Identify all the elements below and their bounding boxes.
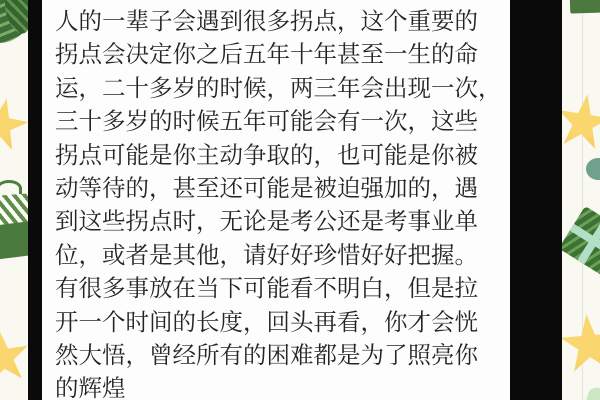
text-line: 位，或者是其他，请好好珍惜好好把握。 xyxy=(55,239,505,272)
gift-icon xyxy=(562,206,600,276)
screenshot-root: 人的一辈子会遇到很多拐点，这个重要的 拐点会决定你之后五年十年甚至一生的命 运，… xyxy=(0,0,600,400)
gift-box-band xyxy=(0,221,28,262)
text-line: 人的一辈子会遇到很多拐点，这个重要的 xyxy=(55,5,505,38)
text-line: 然大悟，曾经所有的困难都是为了照亮你 xyxy=(55,339,505,372)
green-bar-decoration xyxy=(570,0,600,14)
gift-icon xyxy=(0,180,28,266)
text-line: 拐点可能是你主动争取的，也可能是你被 xyxy=(55,139,505,172)
sprout-icon xyxy=(586,385,600,400)
star-icon xyxy=(562,90,600,156)
decorative-border-left xyxy=(0,0,28,400)
text-line: 拐点会决定你之后五年十年甚至一生的命 xyxy=(55,38,505,71)
letterbox-left xyxy=(28,0,42,400)
article-text-panel: 人的一辈子会遇到很多拐点，这个重要的 拐点会决定你之后五年十年甚至一生的命 运，… xyxy=(42,0,510,400)
decorative-border-right xyxy=(562,0,600,400)
text-line: 的辉煌 xyxy=(55,372,505,400)
text-line: 运，二十多岁的时候，两三年会出现一次， xyxy=(55,72,505,105)
text-line: 到这些拐点时，无论是考公还是考事业单 xyxy=(55,205,505,238)
text-line: 开一个时间的长度，回头再看，你才会恍 xyxy=(55,306,505,339)
dot-icon xyxy=(586,158,600,180)
star-icon xyxy=(0,327,28,390)
letterbox-right xyxy=(510,0,562,400)
text-line: 有很多事放在当下可能看不明白，但是拉 xyxy=(55,272,505,305)
text-line: 三十多岁的时候五年可能会有一次，这些 xyxy=(55,105,505,138)
text-line: 动等待的，甚至还可能是被迫强加的，遇 xyxy=(55,172,505,205)
star-icon xyxy=(0,93,28,157)
star-icon xyxy=(562,312,600,379)
